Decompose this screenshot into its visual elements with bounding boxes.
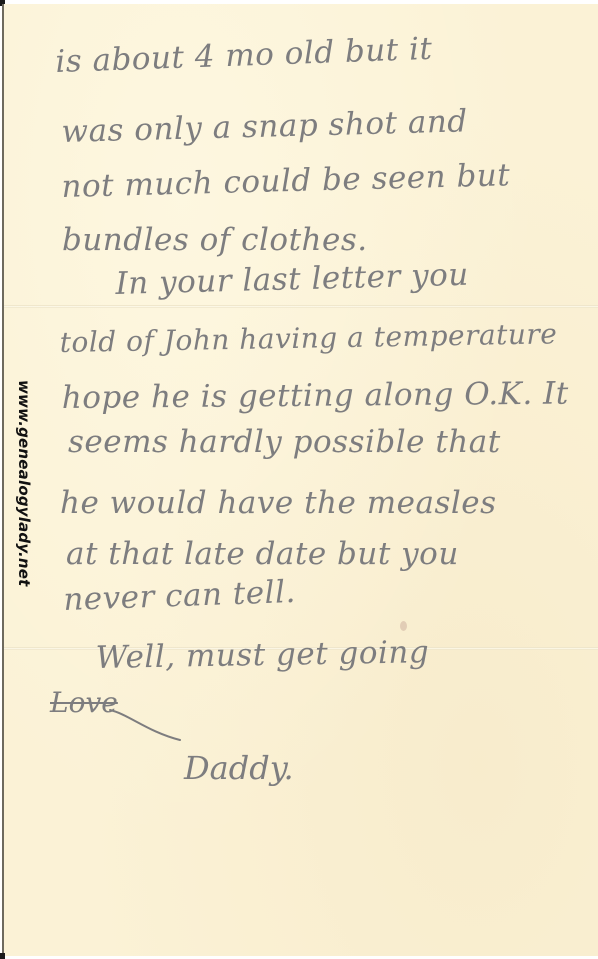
letter-signature: Daddy. (184, 749, 294, 787)
letter-line: is about 4 mo old but it (55, 31, 433, 80)
letter-line: told of John having a temperature (59, 317, 557, 359)
letter-line: seems hardly possible that (68, 424, 501, 460)
letter-line: hope he is getting along O.K. It (62, 376, 569, 416)
scan-corner-mark (0, 953, 5, 959)
closing-swash-stroke (108, 704, 188, 744)
letter-page: www.genealogylady.net is about 4 mo old … (2, 4, 598, 956)
letter-line: In your last letter you (115, 257, 469, 302)
letter-line: he would have the measles (60, 485, 497, 521)
letter-line: Well, must get going (95, 634, 429, 676)
letter-line: not much could be seen but (61, 157, 511, 205)
letter-line: was only a snap shot and (61, 103, 468, 150)
letter-line: at that late date but you (66, 536, 459, 572)
letter-line: never can tell. (63, 574, 297, 618)
letter-body: is about 4 mo old but it was only a snap… (4, 4, 598, 956)
letter-line: bundles of clothes. (62, 222, 368, 258)
